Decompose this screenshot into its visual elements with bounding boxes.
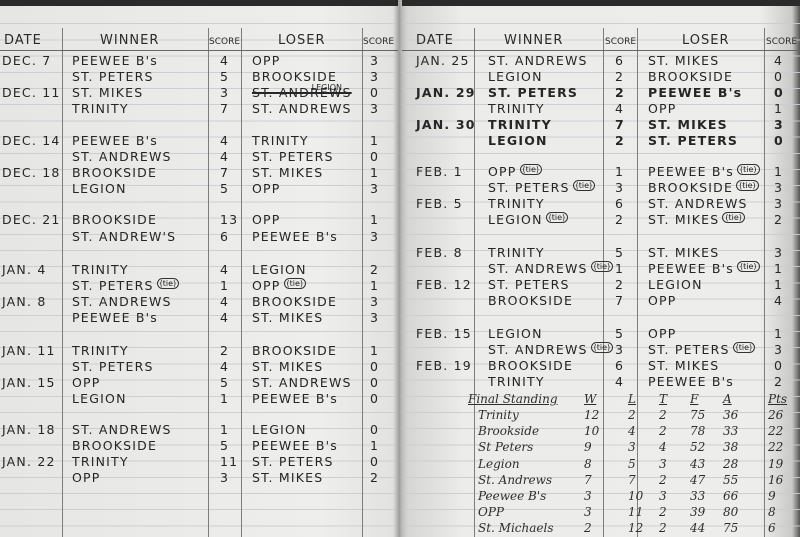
tie-mark: (tie) xyxy=(737,261,760,272)
loser-score: 2 xyxy=(774,374,783,389)
loser-team: PEEWEE B's(tie) xyxy=(648,261,760,276)
standings-f: 47 xyxy=(690,473,705,487)
game-row: JAN. 4TRINITY4LEGION2 xyxy=(0,262,398,278)
winner-team: TRINITY xyxy=(72,101,129,116)
loser-team: ST. ANDREWSLEGION xyxy=(252,85,342,100)
loser-score: 3 xyxy=(370,229,379,244)
standings-team: OPP xyxy=(478,505,504,519)
loser-team: BROOKSIDE xyxy=(252,343,337,358)
game-row: ST. ANDREWS4ST. PETERS0 xyxy=(0,149,398,165)
standings-team: St. Michaels xyxy=(478,521,554,535)
game-row: JAN. 25ST. ANDREWS6ST. MIKES4 xyxy=(402,53,800,69)
loser-team: ST. ANDREWS xyxy=(648,196,748,211)
loser-score: 1 xyxy=(774,326,783,341)
winner-score: 2 xyxy=(615,85,625,100)
header-score-loser: SCORE xyxy=(363,37,394,47)
winner-team: PEEWEE B's xyxy=(72,53,158,68)
loser-team: PEEWEE B's xyxy=(252,391,338,406)
tie-mark: (tie) xyxy=(520,164,543,175)
loser-team: OPP xyxy=(252,212,281,227)
loser-score: 3 xyxy=(774,342,783,357)
winner-team: TRINITY xyxy=(72,343,129,358)
standings-column-header: L xyxy=(628,392,636,406)
standings-team: Legion xyxy=(478,457,520,471)
standings-column-header: W xyxy=(584,392,596,406)
winner-score: 7 xyxy=(220,165,229,180)
game-row: LEGION5OPP3 xyxy=(0,181,398,197)
winner-score: 5 xyxy=(220,438,229,453)
page-top-edge xyxy=(0,0,398,6)
loser-team: PEEWEE B's xyxy=(252,229,338,244)
tie-mark: (tie) xyxy=(573,180,596,191)
game-date: DEC. 14 xyxy=(2,133,61,148)
standings-pts: 22 xyxy=(768,424,783,438)
standings-a: 38 xyxy=(723,440,738,454)
loser-score: 3 xyxy=(370,310,379,325)
loser-team: PEEWEE B's xyxy=(252,438,338,453)
game-row: ST. ANDREW'S6PEEWEE B's3 xyxy=(0,229,398,245)
game-row: FEB. 15LEGION5OPP1 xyxy=(402,326,800,342)
standings-w: 9 xyxy=(584,440,592,454)
game-date: JAN. 11 xyxy=(2,343,56,358)
game-date: JAN. 25 xyxy=(416,53,470,68)
winner-score: 2 xyxy=(615,133,625,148)
winner-score: 5 xyxy=(220,181,229,196)
loser-score: 0 xyxy=(370,422,379,437)
winner-team: TRINITY xyxy=(488,117,552,132)
game-date: DEC. 11 xyxy=(2,85,61,100)
loser-team: ST. MIKES(tie) xyxy=(648,212,745,227)
winner-score: 1 xyxy=(220,422,229,437)
winner-score: 3 xyxy=(220,85,229,100)
winner-team: LEGION xyxy=(488,69,543,84)
loser-team: ST. ANDREWS xyxy=(252,101,352,116)
game-date: FEB. 12 xyxy=(416,277,472,292)
winner-score: 2 xyxy=(615,212,624,227)
standings-team: Peewee B's xyxy=(478,489,546,503)
winner-score: 2 xyxy=(615,277,624,292)
winner-score: 5 xyxy=(615,326,624,341)
winner-team: ST. ANDREWS xyxy=(72,422,172,437)
standings-pts: 6 xyxy=(768,521,776,535)
loser-team: BROOKSIDE(tie) xyxy=(648,180,759,195)
loser-score: 1 xyxy=(774,261,783,276)
game-date: JAN. 29 xyxy=(416,85,476,100)
loser-team: ST. PETERS(tie) xyxy=(648,342,755,357)
loser-score: 3 xyxy=(370,181,379,196)
header-date: DATE xyxy=(4,33,42,48)
loser-team: OPP xyxy=(252,53,281,68)
standings-a: 36 xyxy=(723,408,738,422)
tie-mark: (tie) xyxy=(733,342,756,353)
standings-l: 2 xyxy=(628,408,636,422)
loser-team: ST. MIKES xyxy=(648,358,719,373)
winner-score: 2 xyxy=(220,343,229,358)
tie-mark: (tie) xyxy=(591,261,614,272)
winner-team: OPP(tie) xyxy=(488,164,542,179)
standings-t: 2 xyxy=(659,473,667,487)
game-row: ST. PETERS(tie)3BROOKSIDE(tie)3 xyxy=(402,180,800,196)
loser-score: 3 xyxy=(370,101,379,116)
standings-w: 8 xyxy=(584,457,592,471)
loser-score: 0 xyxy=(774,358,783,373)
game-row: ST. ANDREWS(tie)1PEEWEE B's(tie)1 xyxy=(402,261,800,277)
loser-team: ST. MIKES xyxy=(648,117,728,132)
loser-team: OPP(tie) xyxy=(252,278,306,293)
game-date: DEC. 7 xyxy=(2,53,51,68)
loser-team: ST. PETERS xyxy=(252,149,334,164)
header-score-loser: SCORE xyxy=(766,37,797,47)
left-page: DATE WINNER SCORE LOSER SCORE DEC. 7PEEW… xyxy=(0,0,398,537)
game-row: TRINITY7ST. ANDREWS3 xyxy=(0,101,398,117)
standings-column-header: Pts xyxy=(768,392,787,406)
winner-score: 3 xyxy=(615,342,624,357)
standings-t: 2 xyxy=(659,505,667,519)
loser-score: 2 xyxy=(370,470,379,485)
winner-score: 11 xyxy=(220,454,238,469)
winner-score: 6 xyxy=(615,358,624,373)
winner-team: BROOKSIDE xyxy=(72,438,157,453)
winner-team: LEGION xyxy=(72,391,127,406)
winner-team: ST. PETERS(tie) xyxy=(488,180,595,195)
standings-l: 3 xyxy=(628,440,636,454)
standings-w: 12 xyxy=(584,408,599,422)
game-row: JAN. 8ST. ANDREWS4BROOKSIDE3 xyxy=(0,294,398,310)
loser-team: TRINITY xyxy=(252,133,309,148)
game-date: DEC. 18 xyxy=(2,165,61,180)
winner-score: 4 xyxy=(220,359,229,374)
loser-team: LEGION xyxy=(252,422,307,437)
standings-column-header: T xyxy=(659,392,667,406)
header-winner: WINNER xyxy=(504,33,563,48)
standings-a: 75 xyxy=(723,521,738,535)
winner-score: 5 xyxy=(220,69,229,84)
winner-score: 7 xyxy=(615,117,625,132)
game-row: LEGION(tie)2ST. MIKES(tie)2 xyxy=(402,212,800,228)
winner-score: 1 xyxy=(220,278,229,293)
winner-score: 3 xyxy=(615,180,624,195)
winner-score: 4 xyxy=(220,149,229,164)
loser-score: 1 xyxy=(774,101,783,116)
game-row: FEB. 5TRINITY6ST. ANDREWS3 xyxy=(402,196,800,212)
standings-pts: 22 xyxy=(768,440,783,454)
loser-score: 1 xyxy=(370,343,379,358)
standings-l: 7 xyxy=(628,473,636,487)
loser-score: 1 xyxy=(774,277,783,292)
loser-team: ST. MIKES xyxy=(648,53,719,68)
game-row: LEGION1PEEWEE B's0 xyxy=(0,391,398,407)
game-row: PEEWEE B's4ST. MIKES3 xyxy=(0,310,398,326)
loser-team: ST. MIKES xyxy=(252,310,323,325)
standings-t: 3 xyxy=(659,457,667,471)
winner-team: TRINITY xyxy=(488,101,545,116)
standings-w: 3 xyxy=(584,489,592,503)
game-row: LEGION2BROOKSIDE0 xyxy=(402,69,800,85)
game-row: DEC. 14PEEWEE B's4TRINITY1 xyxy=(0,133,398,149)
winner-team: ST. PETERS xyxy=(72,69,154,84)
winner-team: ST. ANDREWS(tie) xyxy=(488,342,613,357)
game-date: FEB. 5 xyxy=(416,196,463,211)
game-row: BROOKSIDE5PEEWEE B's1 xyxy=(0,438,398,454)
game-row: FEB. 19BROOKSIDE6ST. MIKES0 xyxy=(402,358,800,374)
winner-score: 4 xyxy=(615,101,624,116)
game-row: DEC. 21BROOKSIDE13OPP1 xyxy=(0,212,398,228)
game-row: DEC. 18BROOKSIDE7ST. MIKES1 xyxy=(0,165,398,181)
tie-mark: (tie) xyxy=(736,180,759,191)
standings-f: 78 xyxy=(690,424,705,438)
loser-score: 1 xyxy=(370,165,379,180)
loser-team: LEGION xyxy=(648,277,703,292)
standings-a: 33 xyxy=(723,424,738,438)
loser-score: 1 xyxy=(370,278,379,293)
header-underline xyxy=(402,50,800,51)
standings-f: 43 xyxy=(690,457,705,471)
standings-l: 12 xyxy=(628,521,643,535)
loser-team: ST. MIKES xyxy=(252,165,323,180)
winner-score: 3 xyxy=(220,470,229,485)
game-date: JAN. 18 xyxy=(2,422,56,437)
winner-team: TRINITY xyxy=(488,196,545,211)
loser-team: LEGION xyxy=(252,262,307,277)
winner-team: OPP xyxy=(72,375,101,390)
winner-score: 5 xyxy=(615,245,624,260)
winner-score: 6 xyxy=(615,53,624,68)
winner-score: 5 xyxy=(220,375,229,390)
game-date: FEB. 19 xyxy=(416,358,472,373)
standings-pts: 8 xyxy=(768,505,776,519)
game-row: JAN. 15OPP5ST. ANDREWS0 xyxy=(0,375,398,391)
game-row: LEGION2ST. PETERS0 xyxy=(402,133,800,149)
standings-l: 10 xyxy=(628,489,643,503)
loser-team: BROOKSIDE xyxy=(648,69,733,84)
loser-score: 3 xyxy=(774,180,783,195)
standings-title: Final Standing xyxy=(468,392,558,406)
tie-mark: (tie) xyxy=(546,212,569,223)
winner-score: 4 xyxy=(220,262,229,277)
standings-a: 28 xyxy=(723,457,738,471)
game-row: OPP3ST. MIKES2 xyxy=(0,470,398,486)
game-row: TRINITY4OPP1 xyxy=(402,101,800,117)
loser-score: 3 xyxy=(370,53,379,68)
game-date: JAN. 4 xyxy=(2,262,46,277)
header-winner: WINNER xyxy=(100,33,159,48)
winner-score: 4 xyxy=(220,53,229,68)
winner-team: LEGION xyxy=(72,181,127,196)
standings-t: 3 xyxy=(659,489,667,503)
tie-mark: (tie) xyxy=(722,212,745,223)
loser-team: OPP xyxy=(648,326,677,341)
winner-team: BROOKSIDE xyxy=(488,293,573,308)
winner-score: 7 xyxy=(615,293,624,308)
loser-team: BROOKSIDE xyxy=(252,294,337,309)
loser-score: 3 xyxy=(774,196,783,211)
loser-score: 3 xyxy=(370,69,379,84)
winner-score: 6 xyxy=(220,229,229,244)
winner-team: TRINITY xyxy=(488,245,545,260)
loser-score: 0 xyxy=(774,133,784,148)
standings-l: 11 xyxy=(628,505,643,519)
game-row: JAN. 22TRINITY11ST. PETERS0 xyxy=(0,454,398,470)
game-date: FEB. 15 xyxy=(416,326,472,341)
winner-team: LEGION xyxy=(488,133,548,148)
header-date: DATE xyxy=(416,33,454,48)
winner-team: ST. PETERS(tie) xyxy=(72,278,179,293)
winner-team: PEEWEE B's xyxy=(72,133,158,148)
winner-team: LEGION xyxy=(488,326,543,341)
winner-score: 4 xyxy=(220,294,229,309)
standings-column-header: A xyxy=(723,392,732,406)
loser-score: 0 xyxy=(370,391,379,406)
loser-score: 3 xyxy=(774,117,784,132)
loser-team: PEEWEE B's xyxy=(648,85,742,100)
winner-team: BROOKSIDE xyxy=(72,165,157,180)
loser-team: ST. MIKES xyxy=(252,359,323,374)
game-date: JAN. 30 xyxy=(416,117,476,132)
game-row: FEB. 1OPP(tie)1PEEWEE B's(tie)1 xyxy=(402,164,800,180)
game-date: JAN. 8 xyxy=(2,294,46,309)
standings-t: 2 xyxy=(659,408,667,422)
winner-score: 13 xyxy=(220,212,238,227)
standings-l: 5 xyxy=(628,457,636,471)
loser-score: 2 xyxy=(370,262,379,277)
winner-score: 4 xyxy=(220,133,229,148)
winner-team: ST. ANDREWS(tie) xyxy=(488,261,613,276)
standings-w: 3 xyxy=(584,505,592,519)
winner-team: LEGION(tie) xyxy=(488,212,568,227)
standings-t: 2 xyxy=(659,521,667,535)
loser-team: PEEWEE B's(tie) xyxy=(648,164,760,179)
tie-mark: (tie) xyxy=(284,278,307,289)
standings-a: 80 xyxy=(723,505,738,519)
winner-team: ST. ANDREW'S xyxy=(72,229,176,244)
game-row: JAN. 18ST. ANDREWS1LEGION0 xyxy=(0,422,398,438)
game-row: ST. PETERS4ST. MIKES0 xyxy=(0,359,398,375)
winner-team: TRINITY xyxy=(488,374,545,389)
game-date: DEC. 21 xyxy=(2,212,61,227)
tie-mark: (tie) xyxy=(157,278,180,289)
winner-team: OPP xyxy=(72,470,101,485)
winner-team: TRINITY xyxy=(72,454,129,469)
loser-team: OPP xyxy=(648,101,677,116)
loser-score: 4 xyxy=(774,53,783,68)
winner-team: TRINITY xyxy=(72,262,129,277)
loser-score: 0 xyxy=(370,85,379,100)
loser-score: 0 xyxy=(774,69,783,84)
header-loser: LOSER xyxy=(278,33,326,48)
game-date: FEB. 8 xyxy=(416,245,463,260)
standings-t: 2 xyxy=(659,424,667,438)
header-underline xyxy=(0,50,398,51)
standings-f: 75 xyxy=(690,408,705,422)
loser-score: 1 xyxy=(774,164,783,179)
standings-team: Brookside xyxy=(478,424,539,438)
winner-team: ST. ANDREWS xyxy=(72,149,172,164)
game-date: FEB. 1 xyxy=(416,164,463,179)
game-row: DEC. 11ST. MIKES3ST. ANDREWSLEGION0 xyxy=(0,85,398,101)
winner-team: ST. ANDREWS xyxy=(488,53,588,68)
loser-team: PEEWEE B's xyxy=(648,374,734,389)
winner-score: 1 xyxy=(220,391,229,406)
header-score-winner: SCORE xyxy=(209,37,240,47)
loser-team: ST. PETERS xyxy=(648,133,738,148)
standings-t: 4 xyxy=(659,440,667,454)
book-binding xyxy=(394,0,406,537)
winner-team: BROOKSIDE xyxy=(488,358,573,373)
loser-score: 2 xyxy=(774,212,783,227)
game-date: JAN. 22 xyxy=(2,454,56,469)
tie-mark: (tie) xyxy=(737,164,760,175)
game-date: JAN. 15 xyxy=(2,375,56,390)
game-row: ST. ANDREWS(tie)3ST. PETERS(tie)3 xyxy=(402,342,800,358)
loser-team: OPP xyxy=(252,181,281,196)
winner-score: 4 xyxy=(220,310,229,325)
standings-pts: 9 xyxy=(768,489,776,503)
loser-score: 1 xyxy=(370,438,379,453)
winner-team: ST. ANDREWS xyxy=(72,294,172,309)
loser-score: 4 xyxy=(774,293,783,308)
standings-pts: 19 xyxy=(768,457,783,471)
winner-score: 1 xyxy=(615,261,624,276)
game-row: ST. PETERS(tie)1OPP(tie)1 xyxy=(0,278,398,294)
standings-f: 33 xyxy=(690,489,705,503)
header-score-winner: SCORE xyxy=(605,37,636,47)
winner-score: 6 xyxy=(615,196,624,211)
standings-pts: 26 xyxy=(768,408,783,422)
game-row: TRINITY4PEEWEE B's2 xyxy=(402,374,800,390)
ledger-book: DATE WINNER SCORE LOSER SCORE DEC. 7PEEW… xyxy=(0,0,800,537)
game-row: DEC. 7PEEWEE B's4OPP3 xyxy=(0,53,398,69)
winner-score: 2 xyxy=(615,69,624,84)
loser-team: ST. ANDREWS xyxy=(252,375,352,390)
winner-team: ST. PETERS xyxy=(488,85,578,100)
standings-a: 66 xyxy=(723,489,738,503)
winner-team: PEEWEE B's xyxy=(72,310,158,325)
standings-f: 52 xyxy=(690,440,705,454)
loser-score: 0 xyxy=(370,359,379,374)
loser-score: 1 xyxy=(370,133,379,148)
standings-w: 7 xyxy=(584,473,592,487)
standings-w: 2 xyxy=(584,521,592,535)
right-page: DATE WINNER SCORE LOSER SCORE JAN. 25ST.… xyxy=(402,0,800,537)
standings-f: 39 xyxy=(690,505,705,519)
loser-team-correction: LEGION xyxy=(312,83,342,92)
loser-score: 0 xyxy=(370,375,379,390)
standings-team: Trinity xyxy=(478,408,519,422)
header-loser: LOSER xyxy=(682,33,730,48)
game-row: JAN. 30TRINITY7ST. MIKES3 xyxy=(402,117,800,133)
standings-team: St. Andrews xyxy=(478,473,552,487)
loser-team: ST. PETERS xyxy=(252,454,334,469)
game-row: FEB. 12ST. PETERS2LEGION1 xyxy=(402,277,800,293)
game-row: JAN. 29ST. PETERS2PEEWEE B's0 xyxy=(402,85,800,101)
winner-team: ST. PETERS xyxy=(72,359,154,374)
loser-score: 3 xyxy=(774,245,783,260)
game-row: BROOKSIDE7OPP4 xyxy=(402,293,800,309)
loser-score: 1 xyxy=(370,212,379,227)
standings-pts: 16 xyxy=(768,473,783,487)
standings-w: 10 xyxy=(584,424,599,438)
standings-column-header: F xyxy=(690,392,698,406)
winner-score: 1 xyxy=(615,164,624,179)
loser-team: ST. MIKES xyxy=(648,245,719,260)
winner-team: ST. PETERS xyxy=(488,277,570,292)
tie-mark: (tie) xyxy=(591,342,614,353)
game-row: FEB. 8TRINITY5ST. MIKES3 xyxy=(402,245,800,261)
loser-team: BROOKSIDE xyxy=(252,69,337,84)
game-row: JAN. 11TRINITY2BROOKSIDE1 xyxy=(0,343,398,359)
winner-score: 7 xyxy=(220,101,229,116)
standings-f: 44 xyxy=(690,521,705,535)
